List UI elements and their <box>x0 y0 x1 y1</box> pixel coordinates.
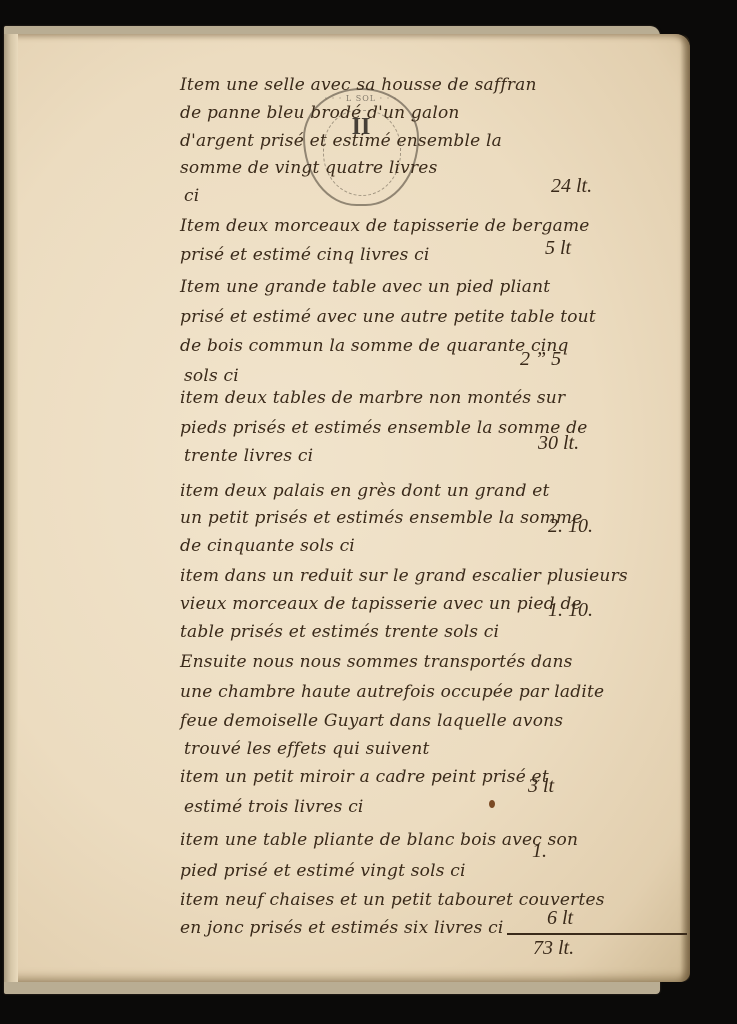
manuscript-line: de cinquante sols ci <box>180 536 355 556</box>
total-rule <box>507 933 687 935</box>
manuscript-line: estimé trois livres ci <box>184 797 364 817</box>
page-total: 73 lt. <box>533 937 574 960</box>
manuscript-line: item deux tables de marbre non montés su… <box>180 388 565 408</box>
manuscript-line: ci <box>184 186 199 206</box>
manuscript-line: de panne bleu brodé d'un galon <box>180 103 460 123</box>
page-edge-shadow <box>680 34 690 982</box>
manuscript-line: de bois commun la somme de quarante cinq <box>180 336 569 356</box>
amount-entry: 2 ” 5 <box>520 348 561 371</box>
amount-entry: 1. <box>532 840 547 863</box>
manuscript-line: prisé et estimé avec une autre petite ta… <box>180 307 596 327</box>
amount-entry: 5 lt <box>545 237 571 260</box>
manuscript-line: pieds prisés et estimés ensemble la somm… <box>180 418 588 438</box>
manuscript-line: d'argent prisé et estimé ensemble la <box>180 131 502 151</box>
manuscript-line: trouvé les effets qui suivent <box>184 739 430 759</box>
manuscript-line: pied prisé et estimé vingt sols ci <box>180 861 466 881</box>
manuscript-line: sols ci <box>184 366 239 386</box>
manuscript-line: vieux morceaux de tapisserie avec un pie… <box>180 594 582 614</box>
manuscript-line: Item deux morceaux de tapisserie de berg… <box>180 216 590 236</box>
manuscript-line: somme de vingt quatre livres <box>180 158 438 178</box>
stamp-legend: · · · L SOL · · · <box>305 94 417 103</box>
amount-entry: 1. 10. <box>548 599 593 622</box>
manuscript-line: feue demoiselle Guyart dans laquelle avo… <box>180 711 563 731</box>
binding-gutter <box>4 34 18 982</box>
manuscript-line: une chambre haute autrefois occupée par … <box>180 682 604 702</box>
manuscript-line: item deux palais en grès dont un grand e… <box>180 481 550 501</box>
ink-stain <box>489 800 495 808</box>
amount-entry: 24 lt. <box>551 175 592 198</box>
manuscript-line: Item une selle avec sa housse de saffran <box>180 75 537 95</box>
manuscript-line: prisé et estimé cinq livres ci <box>180 245 430 265</box>
manuscript-line: item une table pliante de blanc bois ave… <box>180 830 578 850</box>
amount-entry: 2. 10. <box>548 515 593 538</box>
manuscript-line: Ensuite nous nous sommes transportés dan… <box>180 652 573 672</box>
manuscript-line: Item une grande table avec un pied plian… <box>180 277 550 297</box>
manuscript-line: item neuf chaises et un petit tabouret c… <box>180 890 605 910</box>
manuscript-line: trente livres ci <box>184 446 313 466</box>
manuscript-line: item un petit miroir a cadre peint prisé… <box>180 767 549 787</box>
manuscript-line: table prisés et estimés trente sols ci <box>180 622 499 642</box>
manuscript-line: un petit prisés et estimés ensemble la s… <box>180 508 583 528</box>
manuscript-line: en jonc prisés et estimés six livres ci <box>180 918 504 938</box>
amount-entry: 6 lt <box>547 907 573 930</box>
manuscript-line: item dans un reduit sur le grand escalie… <box>180 566 628 586</box>
amount-entry: 30 lt. <box>538 432 579 455</box>
amount-entry: 3 lt <box>528 775 554 798</box>
